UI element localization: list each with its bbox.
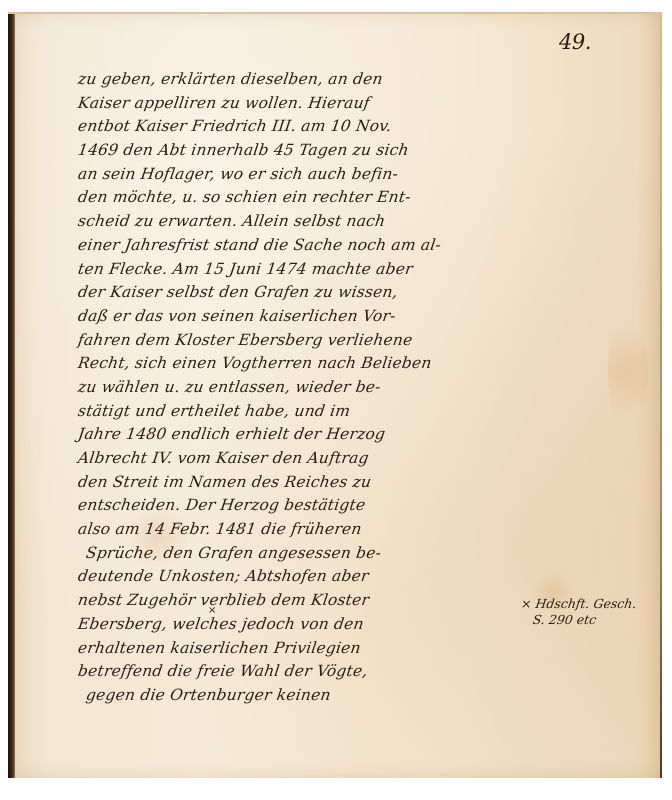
text-line: den Streit im Namen des Reiches zu xyxy=(76,471,499,495)
book-binding-edge xyxy=(8,12,15,778)
page-number: 49. xyxy=(559,30,591,54)
text-line: den möchte, u. so schien ein rechter Ent… xyxy=(76,186,499,210)
text-line: an sein Hoflager, wo er sich auch befin- xyxy=(76,163,499,187)
text-line: betreffend die freie Wahl der Vögte, xyxy=(76,660,499,684)
insertion-mark: × xyxy=(208,605,216,616)
text-line: 1469 den Abt innerhalb 45 Tagen zu sich xyxy=(76,139,499,163)
text-line: entbot Kaiser Friedrich III. am 10 Nov. xyxy=(76,115,499,139)
text-line: daß er das von seinen kaiserlichen Vor- xyxy=(76,305,499,329)
text-line: deutende Unkosten; Abtshofen aber xyxy=(76,565,499,589)
text-line: gegen die Ortenburger keinen xyxy=(76,684,499,708)
text-line: zu geben, erklärten dieselben, an den xyxy=(76,68,499,92)
text-line: der Kaiser selbst den Grafen zu wissen, xyxy=(76,281,499,305)
text-line: ten Flecke. Am 15 Juni 1474 machte aber xyxy=(76,258,499,282)
text-line: Sprüche, den Grafen angesessen be- xyxy=(76,542,499,566)
text-line: Recht, sich einen Vogtherren nach Belieb… xyxy=(76,352,499,376)
text-line: nebst Zugehör verblieb dem Kloster xyxy=(76,589,499,613)
text-line: entscheiden. Der Herzog bestätigte xyxy=(76,494,499,518)
page-top-edge xyxy=(8,12,662,14)
margin-annotation: × Hdschft. Gesch. S. 290 etc xyxy=(518,596,638,628)
margin-note-line: × Hdschft. Gesch. xyxy=(520,596,637,612)
text-line: Ebersberg, welches jedoch von den xyxy=(76,613,499,637)
text-line: einer Jahresfrist stand die Sache noch a… xyxy=(76,234,499,258)
text-line: Kaiser appelliren zu wollen. Hierauf xyxy=(76,92,499,116)
text-line: also am 14 Febr. 1481 die früheren xyxy=(76,518,499,542)
manuscript-page: 49. zu geben, erklärten dieselben, an de… xyxy=(8,12,662,778)
text-line: stätigt und ertheilet habe, und im xyxy=(76,400,499,424)
text-line: Jahre 1480 endlich erhielt der Herzog xyxy=(76,423,499,447)
text-line: erhaltenen kaiserlichen Privilegien xyxy=(76,637,499,661)
manuscript-text-block: zu geben, erklärten dieselben, an den Ka… xyxy=(78,68,498,708)
text-line: Albrecht IV. vom Kaiser den Auftrag xyxy=(76,447,499,471)
text-line: fahren dem Kloster Ebersberg verliehene xyxy=(76,329,499,353)
text-line: scheid zu erwarten. Allein selbst nach xyxy=(76,210,499,234)
margin-note-line: S. 290 etc xyxy=(518,612,635,628)
text-line: zu wählen u. zu entlassen, wieder be- xyxy=(76,376,499,400)
paper-stain xyxy=(608,312,648,432)
page-right-edge xyxy=(660,12,662,778)
